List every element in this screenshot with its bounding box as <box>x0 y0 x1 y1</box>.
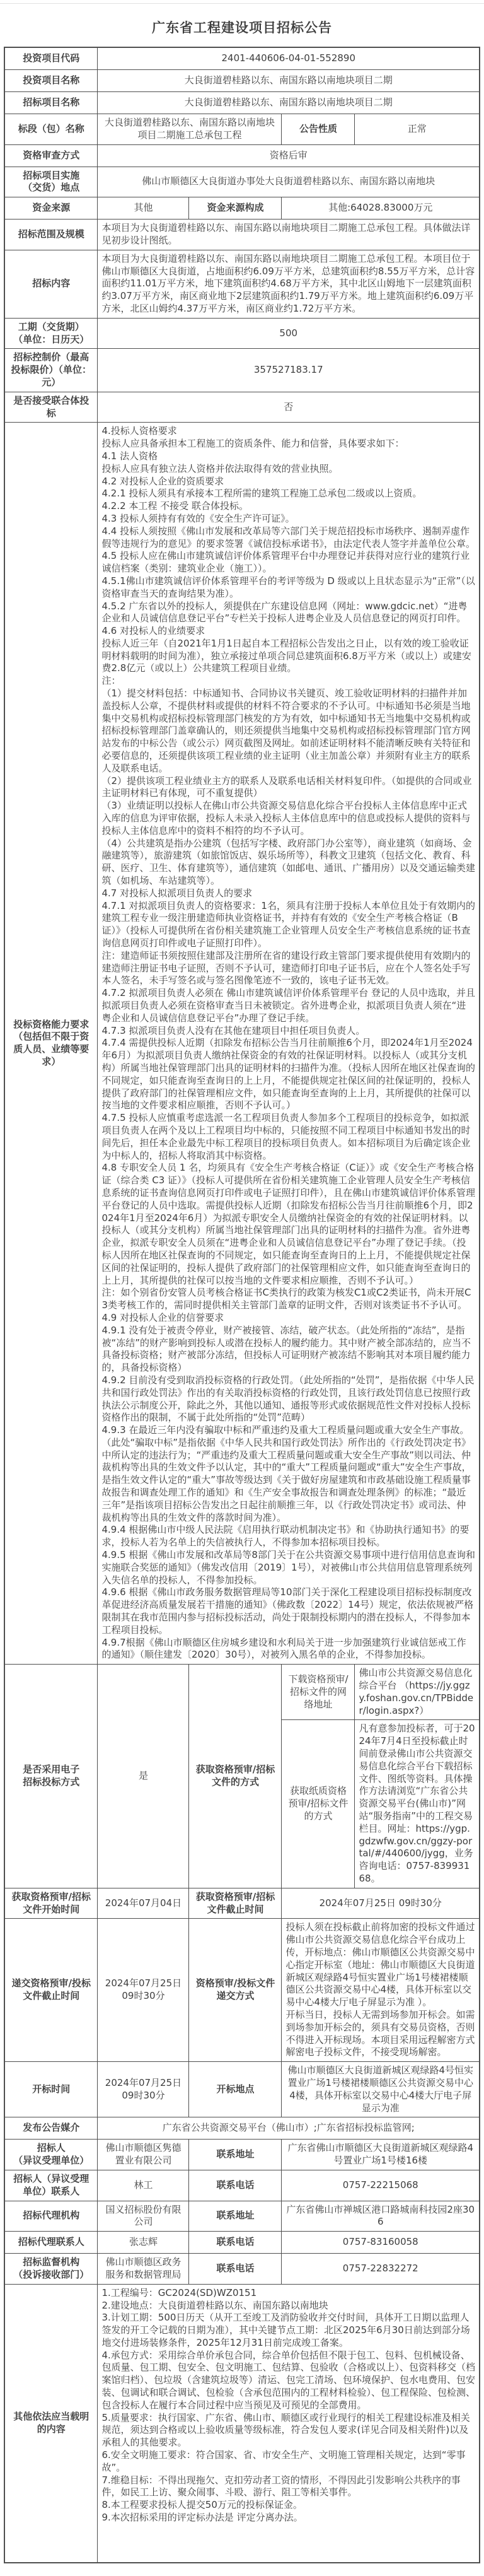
duration-label: 工期（交货期） （单位：日历天） <box>4 318 98 349</box>
download-url-label: 下载资格预审/招标文件的网络地址 <box>282 1665 355 1720</box>
agency-value: 国义招标股份有限公司 <box>98 2201 189 2232</box>
media-label: 发布公告媒介 <box>4 2117 98 2140</box>
media-value: 广东省公共资源交易平台（佛山市）;广东省招标投标监管网; <box>98 2117 480 2140</box>
invest-name-value: 大良街道碧桂路以东、南国东路以南地块项目二期 <box>98 70 480 92</box>
tenderer-phone-label: 联系电话 <box>189 2170 282 2201</box>
row-qualification-review: 资格审查方式 资格后审 <box>4 144 480 167</box>
row-tender-name: 招标项目名称 大良街道碧桂路以东、南国东路以南地块项目二期 <box>4 92 480 114</box>
obtain-method-label: 获取资格预审/招标文件的方式 <box>189 1665 282 1888</box>
tenderer-phone-value: 0757-22215068 <box>282 2170 480 2201</box>
row-submit: 递交资格预审/投标文件截止时间 2024年07月25日 09时30分 资格预审/… <box>4 1919 480 2062</box>
fund-source-label: 资金来源 <box>4 197 98 220</box>
location-value: 佛山市顺德区大良街道办事处大良街道碧桂路以东、南国东路以南地块 <box>98 167 480 197</box>
tender-notice-table: 投资项目代码 2401-440606-04-01-552890 投资项目名称 大… <box>4 47 480 2563</box>
row-control-price: 招标控制价（最高投标限价）（单位：元） 357527183.17 <box>4 349 480 392</box>
row-content: 招标内容 本项目为大良街道碧桂路以东、南国东路以南地块项目二期施工总承包工程。本… <box>4 250 480 318</box>
tenderer-addr-label: 联系地址 <box>189 2140 282 2170</box>
agency-phone-value: 0757-83160058 <box>282 2232 480 2254</box>
row-agency: 招标代理机构 国义招标股份有限公司 联系地址 广东省佛山市禅城区港口路城南科技园… <box>4 2201 480 2232</box>
submit-deadline-label: 递交资格预审/投标文件截止时间 <box>4 1919 98 2062</box>
open-time-value: 2024年07月25日 09时30分 <box>98 2062 189 2117</box>
row-duration: 工期（交货期） （单位：日历天） 500 <box>4 318 480 349</box>
open-time-label: 开标时间 <box>4 2062 98 2117</box>
scope-label: 招标范围及规模 <box>4 220 98 250</box>
submit-method-value: 投标人须在投标截止前将加密的投标文件通过佛山市公共资源交易信息化综合平台成功上传… <box>282 1919 480 2062</box>
consortium-label: 是否接受联合体投标 <box>4 392 98 423</box>
supervisor-label: 招标监督机构 （投诉接收部门） <box>4 2254 98 2285</box>
tenderer-value: 佛山市顺德区隽德置业有限公司 <box>98 2140 189 2170</box>
open-place-label: 开标地点 <box>189 2062 282 2117</box>
tender-name-value: 大良街道碧桂路以东、南国东路以南地块项目二期 <box>98 92 480 114</box>
control-price-value: 357527183.17 <box>98 349 480 392</box>
row-tenderer-contact: 招标人（异议受理单位）联系人 林工 联系电话 0757-22215068 <box>4 2170 480 2201</box>
submit-method-label: 资格预审/投标文件递交方式 <box>189 1919 282 2062</box>
agency-contact-label: 招标代理联系人 <box>4 2232 98 2254</box>
row-opening: 开标时间 2024年07月25日 09时30分 开标地点 佛山市顺德区大良街道新… <box>4 2062 480 2117</box>
electronic-value: 是 <box>98 1665 189 1888</box>
fund-composition-value: 其他:64028.83000万元 <box>282 197 480 220</box>
top-divider <box>0 3 484 4</box>
row-qualification-requirements: 投标资格能力要求（包括但不限于资质人员、业绩等要求） 4.投标人资格要求 投标人… <box>4 423 480 1665</box>
tenderer-contact-value: 林工 <box>98 2170 189 2201</box>
row-obtain-time: 获取资格预审/招标文件开始时间 2024年07月04日 获取资格预审/招标文件截… <box>4 1888 480 1919</box>
tenderer-addr-value: 广东省佛山市顺德区大良街道新城区观绿路4号置业广场1号楼16楼 <box>282 2140 480 2170</box>
agency-addr-label: 联系地址 <box>189 2201 282 2232</box>
paper-method-label: 获取纸质资格预审/招标文件的方式 <box>282 1720 355 1888</box>
section-value: 大良街道碧桂路以东、南国东路以南地块项目二期施工总承包工程 <box>98 114 282 145</box>
notice-nature-label: 公告性质 <box>282 114 355 145</box>
notice-nature-value: 正常 <box>355 114 480 145</box>
project-code-label: 投资项目代码 <box>4 47 98 70</box>
project-code-value: 2401-440606-04-01-552890 <box>98 47 480 70</box>
qualification-review-label: 资格审查方式 <box>4 144 98 167</box>
fund-source-value: 其他 <box>98 197 189 220</box>
location-label: 招标项目实施 （交货）地点 <box>4 167 98 197</box>
scope-value: 本项目为大良街道碧桂路以东、南国东路以南地块项目二期施工总承包工程。具体做法详见… <box>98 220 480 250</box>
qualification-requirements-value: 4.投标人资格要求 投标人应具备承担本工程施工的资质条件、能力和信誉，具体要求如… <box>98 423 480 1665</box>
tenderer-label: 招标人 （异议受理单位） <box>4 2140 98 2170</box>
supervisor-value: 佛山市顺德区政务服务和数据管理局 <box>98 2254 189 2285</box>
row-location: 招标项目实施 （交货）地点 佛山市顺德区大良街道办事处大良街道碧桂路以东、南国东… <box>4 167 480 197</box>
download-url-value: 佛山市公共资源交易信息化综合平台 （https://jy.ggzy.foshan… <box>355 1665 480 1720</box>
row-electronic-and-download: 是否采用电子 招标投标方式 是 获取资格预审/招标文件的方式 下载资格预审/招标… <box>4 1665 480 1720</box>
duration-value: 500 <box>98 318 480 349</box>
tender-name-label: 招标项目名称 <box>4 92 98 114</box>
page-title: 广东省工程建设项目招标公告 <box>0 18 484 37</box>
row-supervisor: 招标监督机构 （投诉接收部门） 佛山市顺德区政务服务和数据管理局 联系电话 07… <box>4 2254 480 2285</box>
obtain-end-value: 2024年07月25日 09时30分 <box>282 1888 480 1919</box>
obtain-start-value: 2024年07月04日 <box>98 1888 189 1919</box>
other-value: 1.工程编号：GC2024(SD)WZ0151 2.建设地点：大良街道碧桂路以东… <box>98 2284 480 2563</box>
obtain-start-label: 获取资格预审/招标文件开始时间 <box>4 1888 98 1919</box>
open-place-value: 佛山市顺德区大良街道新城区观绿路4号恒实置业广场1号楼裙楼顺德区公共资源交易中心… <box>282 2062 480 2117</box>
obtain-end-label: 获取资格预审/招标文件截止时间 <box>189 1888 282 1919</box>
agency-contact-value: 张志辉 <box>98 2232 189 2254</box>
tenderer-contact-label: 招标人（异议受理单位）联系人 <box>4 2170 98 2201</box>
row-invest-name: 投资项目名称 大良街道碧桂路以东、南国东路以南地块项目二期 <box>4 70 480 92</box>
supervisor-phone-value: 0757-22832272 <box>282 2254 480 2285</box>
agency-label: 招标代理机构 <box>4 2201 98 2232</box>
row-media: 发布公告媒介 广东省公共资源交易平台（佛山市）;广东省招标投标监管网; <box>4 2117 480 2140</box>
paper-method-value: 凡有意参加投标者，可于2024年7月4日至投标截止时间前登录佛山市公共资源交易信… <box>355 1720 480 1888</box>
row-section: 标段（包）名称 大良街道碧桂路以东、南国东路以南地块项目二期施工总承包工程 公告… <box>4 114 480 145</box>
content-value: 本项目为大良街道碧桂路以东、南国东路以南地块项目二期施工总承包工程。本项目位于佛… <box>98 250 480 318</box>
supervisor-phone-label: 联系电话 <box>189 2254 282 2285</box>
qualification-review-value: 资格后审 <box>98 144 480 167</box>
row-agency-contact: 招标代理联系人 张志辉 联系电话 0757-83160058 <box>4 2232 480 2254</box>
row-consortium: 是否接受联合体投标 否 <box>4 392 480 423</box>
row-project-code: 投资项目代码 2401-440606-04-01-552890 <box>4 47 480 70</box>
consortium-value: 否 <box>98 392 480 423</box>
row-tenderer: 招标人 （异议受理单位） 佛山市顺德区隽德置业有限公司 联系地址 广东省佛山市顺… <box>4 2140 480 2170</box>
agency-addr-value: 广东省佛山市禅城区港口路城南科技园2座306 <box>282 2201 480 2232</box>
other-label: 其他依法应当载明 的内容 <box>4 2284 98 2563</box>
row-fund-source: 资金来源 其他 资金来源构成 其他:64028.83000万元 <box>4 197 480 220</box>
row-scope: 招标范围及规模 本项目为大良街道碧桂路以东、南国东路以南地块项目二期施工总承包工… <box>4 220 480 250</box>
section-label: 标段（包）名称 <box>4 114 98 145</box>
electronic-label: 是否采用电子 招标投标方式 <box>4 1665 98 1888</box>
invest-name-label: 投资项目名称 <box>4 70 98 92</box>
row-other: 其他依法应当载明 的内容 1.工程编号：GC2024(SD)WZ0151 2.建… <box>4 2284 480 2563</box>
content-label: 招标内容 <box>4 250 98 318</box>
agency-phone-label: 联系电话 <box>189 2232 282 2254</box>
qualification-requirements-label: 投标资格能力要求（包括但不限于资质人员、业绩等要求） <box>4 423 98 1665</box>
control-price-label: 招标控制价（最高投标限价）（单位：元） <box>4 349 98 392</box>
fund-composition-label: 资金来源构成 <box>189 197 282 220</box>
submit-deadline-value: 2024年07月25日 09时30分 <box>98 1919 189 2062</box>
